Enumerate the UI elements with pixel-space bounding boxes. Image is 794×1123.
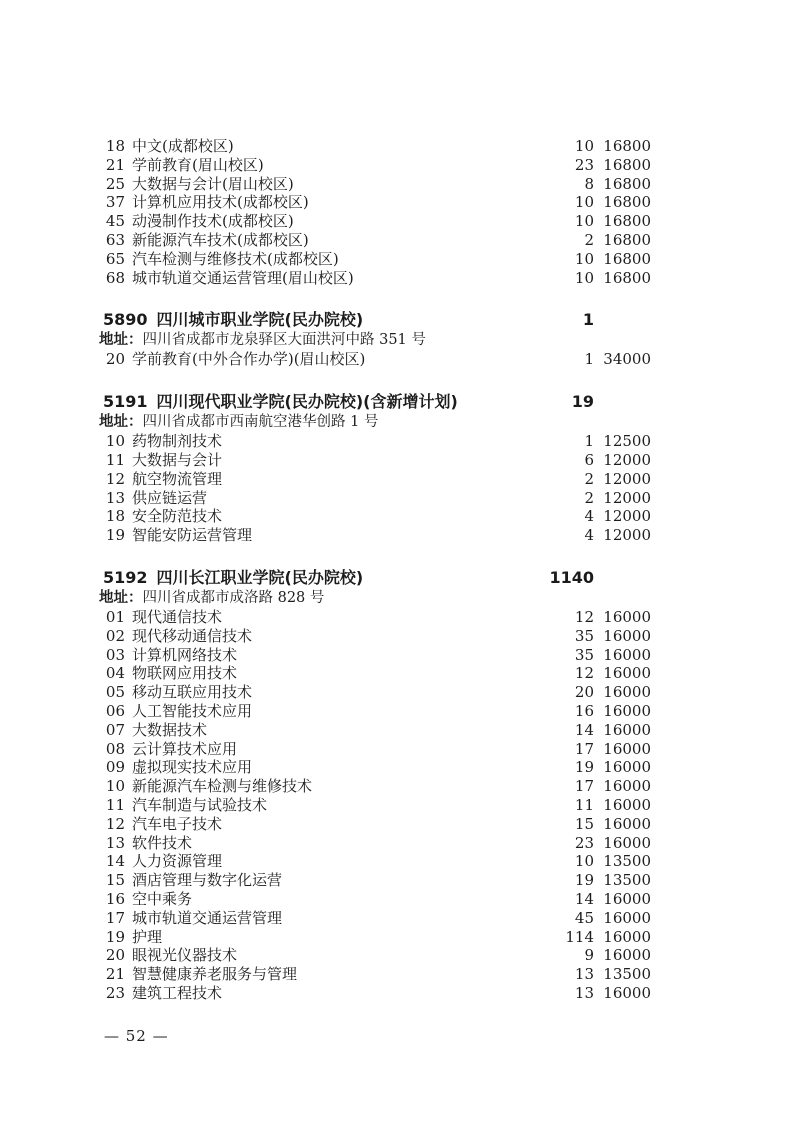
program-code: 45 bbox=[103, 212, 125, 231]
program-fee: 16000 bbox=[594, 646, 651, 665]
program-code: 13 bbox=[103, 834, 125, 853]
program-name: 酒店管理与数字化运营 bbox=[132, 871, 534, 890]
program-fee: 12000 bbox=[594, 526, 651, 545]
program-code: 37 bbox=[103, 193, 125, 212]
program-code: 21 bbox=[103, 965, 125, 984]
program-fee: 16000 bbox=[594, 834, 651, 853]
program-row: 07 大数据技术 14 16000 bbox=[103, 721, 651, 740]
program-count: 10 bbox=[534, 137, 594, 156]
program-name: 大数据技术 bbox=[132, 721, 534, 740]
program-fee: 16000 bbox=[594, 984, 651, 1003]
program-fee: 16000 bbox=[594, 608, 651, 627]
program-name: 建筑工程技术 bbox=[132, 984, 534, 1003]
program-code: 11 bbox=[103, 796, 125, 815]
program-code: 15 bbox=[103, 871, 125, 890]
school-plan-total: 1 bbox=[534, 309, 594, 330]
program-code: 13 bbox=[103, 489, 125, 508]
school-address: 地址：四川省成都市龙泉驿区大面洪河中路 351 号 bbox=[99, 330, 651, 350]
program-row: 12 汽车电子技术 15 16000 bbox=[103, 815, 651, 834]
program-name: 现代通信技术 bbox=[132, 608, 534, 627]
program-name: 软件技术 bbox=[132, 834, 534, 853]
program-row: 14 人力资源管理 10 13500 bbox=[103, 852, 651, 871]
program-fee: 16000 bbox=[594, 946, 651, 965]
program-code: 65 bbox=[103, 250, 125, 269]
program-name: 新能源汽车检测与维修技术 bbox=[132, 777, 534, 796]
program-count: 2 bbox=[534, 489, 594, 508]
program-count: 10 bbox=[534, 269, 594, 288]
program-fee: 16800 bbox=[594, 193, 651, 212]
program-row: 12 航空物流管理 2 12000 bbox=[103, 470, 651, 489]
program-row: 05 移动互联应用技术 20 16000 bbox=[103, 683, 651, 702]
program-fee: 16000 bbox=[594, 815, 651, 834]
program-count: 2 bbox=[534, 231, 594, 250]
school-name: 四川长江职业学院(民办院校) bbox=[157, 567, 534, 588]
program-code: 10 bbox=[103, 777, 125, 796]
program-count: 10 bbox=[534, 212, 594, 231]
school-code: 5192 bbox=[103, 567, 148, 588]
program-fee: 16800 bbox=[594, 231, 651, 250]
program-row: 02 现代移动通信技术 35 16000 bbox=[103, 627, 651, 646]
program-row: 04 物联网应用技术 12 16000 bbox=[103, 664, 651, 683]
program-list: 18 中文(成都校区) 10 16800 21 学前教育(眉山校区) 23 16… bbox=[103, 137, 651, 287]
program-row: 45 动漫制作技术(成都校区) 10 16800 bbox=[103, 212, 651, 231]
program-row: 03 计算机网络技术 35 16000 bbox=[103, 646, 651, 665]
program-fee: 12000 bbox=[594, 507, 651, 526]
program-fee: 16000 bbox=[594, 664, 651, 683]
program-fee: 16000 bbox=[594, 909, 651, 928]
school-section: 18 中文(成都校区) 10 16800 21 学前教育(眉山校区) 23 16… bbox=[103, 137, 651, 287]
program-fee: 16800 bbox=[594, 250, 651, 269]
program-fee: 16800 bbox=[594, 175, 651, 194]
program-code: 12 bbox=[103, 815, 125, 834]
program-name: 虚拟现实技术应用 bbox=[132, 758, 534, 777]
program-count: 17 bbox=[534, 777, 594, 796]
program-fee: 16000 bbox=[594, 721, 651, 740]
program-fee: 12000 bbox=[594, 451, 651, 470]
school-code: 5191 bbox=[103, 391, 148, 412]
program-row: 37 计算机应用技术(成都校区) 10 16800 bbox=[103, 193, 651, 212]
page-footer: — 52 — bbox=[104, 1026, 169, 1046]
program-name: 眼视光仪器技术 bbox=[132, 946, 534, 965]
program-count: 17 bbox=[534, 740, 594, 759]
program-name: 护理 bbox=[132, 928, 534, 947]
school-header: 5191 四川现代职业学院(民办院校)(含新增计划) 19 bbox=[103, 391, 651, 412]
program-code: 18 bbox=[103, 137, 125, 156]
program-count: 20 bbox=[534, 683, 594, 702]
program-code: 20 bbox=[103, 946, 125, 965]
program-code: 20 bbox=[103, 350, 125, 369]
program-fee: 12000 bbox=[594, 489, 651, 508]
program-fee: 34000 bbox=[594, 350, 651, 369]
program-count: 13 bbox=[534, 984, 594, 1003]
program-count: 12 bbox=[534, 664, 594, 683]
school-address: 地址：四川省成都市西南航空港华创路 1 号 bbox=[99, 412, 651, 432]
program-name: 大数据与会计 bbox=[132, 451, 534, 470]
program-count: 11 bbox=[534, 796, 594, 815]
program-row: 11 大数据与会计 6 12000 bbox=[103, 451, 651, 470]
program-fee: 16800 bbox=[594, 212, 651, 231]
program-row: 15 酒店管理与数字化运营 19 13500 bbox=[103, 871, 651, 890]
program-name: 学前教育(眉山校区) bbox=[132, 156, 534, 175]
program-row: 01 现代通信技术 12 16000 bbox=[103, 608, 651, 627]
school-header: 5890 四川城市职业学院(民办院校) 1 bbox=[103, 309, 651, 330]
program-count: 6 bbox=[534, 451, 594, 470]
program-name: 供应链运营 bbox=[132, 489, 534, 508]
program-name: 大数据与会计(眉山校区) bbox=[132, 175, 534, 194]
program-fee: 16000 bbox=[594, 758, 651, 777]
program-count: 23 bbox=[534, 834, 594, 853]
program-row: 19 护理 114 16000 bbox=[103, 928, 651, 947]
address-text: 四川省成都市成洛路 828 号 bbox=[143, 590, 325, 606]
program-code: 05 bbox=[103, 683, 125, 702]
address-label: 地址： bbox=[99, 413, 143, 430]
program-name: 现代移动通信技术 bbox=[132, 627, 534, 646]
program-count: 23 bbox=[534, 156, 594, 175]
program-name: 移动互联应用技术 bbox=[132, 683, 534, 702]
program-code: 21 bbox=[103, 156, 125, 175]
program-fee: 16800 bbox=[594, 269, 651, 288]
program-code: 12 bbox=[103, 470, 125, 489]
program-code: 04 bbox=[103, 664, 125, 683]
program-count: 19 bbox=[534, 871, 594, 890]
program-count: 4 bbox=[534, 507, 594, 526]
program-name: 人工智能技术应用 bbox=[132, 702, 534, 721]
program-row: 09 虚拟现实技术应用 19 16000 bbox=[103, 758, 651, 777]
program-row: 25 大数据与会计(眉山校区) 8 16800 bbox=[103, 175, 651, 194]
program-row: 13 软件技术 23 16000 bbox=[103, 834, 651, 853]
program-row: 18 安全防范技术 4 12000 bbox=[103, 507, 651, 526]
school-code: 5890 bbox=[103, 309, 148, 330]
program-code: 23 bbox=[103, 984, 125, 1003]
program-count: 1 bbox=[534, 350, 594, 369]
program-count: 35 bbox=[534, 646, 594, 665]
program-count: 10 bbox=[534, 852, 594, 871]
program-row: 13 供应链运营 2 12000 bbox=[103, 489, 651, 508]
program-count: 114 bbox=[534, 928, 594, 947]
program-count: 19 bbox=[534, 758, 594, 777]
program-name: 计算机应用技术(成都校区) bbox=[132, 193, 534, 212]
program-code: 63 bbox=[103, 231, 125, 250]
program-name: 汽车检测与维修技术(成都校区) bbox=[132, 250, 534, 269]
program-name: 计算机网络技术 bbox=[132, 646, 534, 665]
program-code: 14 bbox=[103, 852, 125, 871]
program-row: 23 建筑工程技术 13 16000 bbox=[103, 984, 651, 1003]
program-row: 11 汽车制造与试验技术 11 16000 bbox=[103, 796, 651, 815]
address-text: 四川省成都市龙泉驿区大面洪河中路 351 号 bbox=[143, 332, 426, 348]
school-plan-total: 1140 bbox=[534, 567, 594, 588]
program-name: 智慧健康养老服务与管理 bbox=[132, 965, 534, 984]
school-section: 5191 四川现代职业学院(民办院校)(含新增计划) 19 地址：四川省成都市西… bbox=[103, 391, 651, 545]
program-name: 安全防范技术 bbox=[132, 507, 534, 526]
program-row: 21 智慧健康养老服务与管理 13 13500 bbox=[103, 965, 651, 984]
program-code: 25 bbox=[103, 175, 125, 194]
program-row: 08 云计算技术应用 17 16000 bbox=[103, 740, 651, 759]
program-row: 06 人工智能技术应用 16 16000 bbox=[103, 702, 651, 721]
program-code: 03 bbox=[103, 646, 125, 665]
program-code: 06 bbox=[103, 702, 125, 721]
program-fee: 12000 bbox=[594, 470, 651, 489]
program-fee: 16800 bbox=[594, 137, 651, 156]
program-row: 63 新能源汽车技术(成都校区) 2 16800 bbox=[103, 231, 651, 250]
program-list: 20 学前教育(中外合作办学)(眉山校区) 1 34000 bbox=[103, 350, 651, 369]
program-code: 19 bbox=[103, 526, 125, 545]
program-count: 15 bbox=[534, 815, 594, 834]
program-code: 02 bbox=[103, 627, 125, 646]
program-code: 08 bbox=[103, 740, 125, 759]
document-page: 18 中文(成都校区) 10 16800 21 学前教育(眉山校区) 23 16… bbox=[0, 0, 794, 1123]
program-count: 16 bbox=[534, 702, 594, 721]
program-name: 空中乘务 bbox=[132, 890, 534, 909]
program-count: 2 bbox=[534, 470, 594, 489]
program-count: 14 bbox=[534, 890, 594, 909]
address-label: 地址： bbox=[99, 589, 143, 606]
program-count: 9 bbox=[534, 946, 594, 965]
program-count: 45 bbox=[534, 909, 594, 928]
program-name: 汽车制造与试验技术 bbox=[132, 796, 534, 815]
school-address: 地址：四川省成都市成洛路 828 号 bbox=[99, 588, 651, 608]
program-code: 18 bbox=[103, 507, 125, 526]
program-fee: 16000 bbox=[594, 777, 651, 796]
program-name: 云计算技术应用 bbox=[132, 740, 534, 759]
program-fee: 16000 bbox=[594, 683, 651, 702]
program-code: 16 bbox=[103, 890, 125, 909]
school-plan-total: 19 bbox=[534, 391, 594, 412]
program-row: 68 城市轨道交通运营管理(眉山校区) 10 16800 bbox=[103, 269, 651, 288]
program-name: 物联网应用技术 bbox=[132, 664, 534, 683]
program-code: 07 bbox=[103, 721, 125, 740]
program-fee: 16000 bbox=[594, 928, 651, 947]
address-label: 地址： bbox=[99, 331, 143, 348]
program-name: 动漫制作技术(成都校区) bbox=[132, 212, 534, 231]
program-name: 汽车电子技术 bbox=[132, 815, 534, 834]
program-row: 17 城市轨道交通运营管理 45 16000 bbox=[103, 909, 651, 928]
program-name: 学前教育(中外合作办学)(眉山校区) bbox=[132, 350, 534, 369]
program-count: 35 bbox=[534, 627, 594, 646]
program-row: 18 中文(成都校区) 10 16800 bbox=[103, 137, 651, 156]
program-name: 中文(成都校区) bbox=[132, 137, 534, 156]
program-code: 17 bbox=[103, 909, 125, 928]
program-fee: 16000 bbox=[594, 627, 651, 646]
program-list: 01 现代通信技术 12 16000 02 现代移动通信技术 35 16000 … bbox=[103, 608, 651, 1003]
program-fee: 16000 bbox=[594, 740, 651, 759]
program-code: 10 bbox=[103, 432, 125, 451]
program-fee: 16800 bbox=[594, 156, 651, 175]
program-row: 21 学前教育(眉山校区) 23 16800 bbox=[103, 156, 651, 175]
program-row: 16 空中乘务 14 16000 bbox=[103, 890, 651, 909]
program-count: 1 bbox=[534, 432, 594, 451]
enrollment-plan-list: 18 中文(成都校区) 10 16800 21 学前教育(眉山校区) 23 16… bbox=[103, 137, 651, 1003]
program-count: 4 bbox=[534, 526, 594, 545]
program-code: 09 bbox=[103, 758, 125, 777]
program-name: 智能安防运营管理 bbox=[132, 526, 534, 545]
program-name: 新能源汽车技术(成都校区) bbox=[132, 231, 534, 250]
program-fee: 13500 bbox=[594, 871, 651, 890]
program-row: 10 药物制剂技术 1 12500 bbox=[103, 432, 651, 451]
page-number: — 52 — bbox=[104, 1027, 169, 1045]
program-code: 11 bbox=[103, 451, 125, 470]
program-row: 19 智能安防运营管理 4 12000 bbox=[103, 526, 651, 545]
program-count: 12 bbox=[534, 608, 594, 627]
program-count: 8 bbox=[534, 175, 594, 194]
program-code: 19 bbox=[103, 928, 125, 947]
address-text: 四川省成都市西南航空港华创路 1 号 bbox=[143, 414, 379, 430]
school-header: 5192 四川长江职业学院(民办院校) 1140 bbox=[103, 567, 651, 588]
school-section: 5192 四川长江职业学院(民办院校) 1140 地址：四川省成都市成洛路 82… bbox=[103, 567, 651, 1003]
program-name: 人力资源管理 bbox=[132, 852, 534, 871]
program-count: 13 bbox=[534, 965, 594, 984]
program-name: 航空物流管理 bbox=[132, 470, 534, 489]
school-name: 四川现代职业学院(民办院校)(含新增计划) bbox=[157, 391, 534, 412]
program-count: 10 bbox=[534, 193, 594, 212]
program-code: 68 bbox=[103, 269, 125, 288]
program-fee: 13500 bbox=[594, 965, 651, 984]
program-count: 14 bbox=[534, 721, 594, 740]
program-row: 20 学前教育(中外合作办学)(眉山校区) 1 34000 bbox=[103, 350, 651, 369]
program-row: 65 汽车检测与维修技术(成都校区) 10 16800 bbox=[103, 250, 651, 269]
program-fee: 16000 bbox=[594, 796, 651, 815]
program-row: 10 新能源汽车检测与维修技术 17 16000 bbox=[103, 777, 651, 796]
program-fee: 16000 bbox=[594, 702, 651, 721]
program-name: 城市轨道交通运营管理 bbox=[132, 909, 534, 928]
program-name: 城市轨道交通运营管理(眉山校区) bbox=[132, 269, 534, 288]
program-fee: 13500 bbox=[594, 852, 651, 871]
program-list: 10 药物制剂技术 1 12500 11 大数据与会计 6 12000 12 航… bbox=[103, 432, 651, 545]
school-section: 5890 四川城市职业学院(民办院校) 1 地址：四川省成都市龙泉驿区大面洪河中… bbox=[103, 309, 651, 369]
school-name: 四川城市职业学院(民办院校) bbox=[157, 309, 534, 330]
program-name: 药物制剂技术 bbox=[132, 432, 534, 451]
program-fee: 16000 bbox=[594, 890, 651, 909]
program-code: 01 bbox=[103, 608, 125, 627]
program-count: 10 bbox=[534, 250, 594, 269]
program-row: 20 眼视光仪器技术 9 16000 bbox=[103, 946, 651, 965]
program-fee: 12500 bbox=[594, 432, 651, 451]
